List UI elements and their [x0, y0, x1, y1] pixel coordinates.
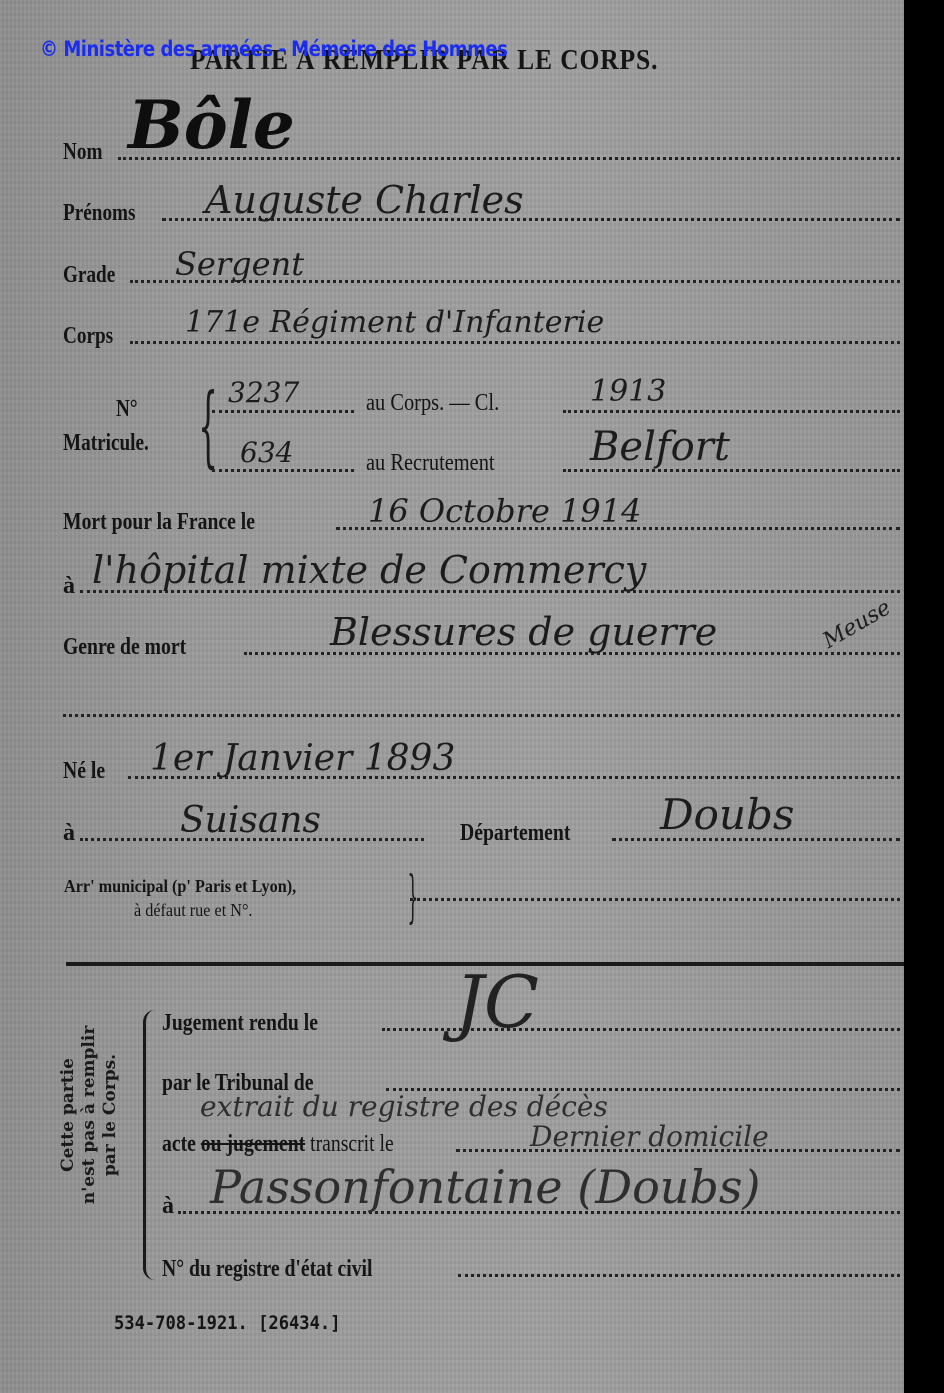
prenoms-value: Auguste Charles	[205, 178, 524, 222]
corps-value: 171e Régiment d'Infanterie	[185, 305, 604, 340]
corps-line	[130, 341, 900, 344]
matricule-corps-number: 3237	[228, 376, 299, 409]
grade-value: Sergent	[175, 245, 304, 283]
lieu-transcription-value: Passonfontaine (Doubs)	[210, 1160, 760, 1214]
matricule-label: Matricule.	[63, 430, 149, 457]
lieu-mort-label: à	[63, 573, 75, 600]
initials: JC	[455, 960, 539, 1044]
acte-label-prefix: acte	[162, 1131, 196, 1157]
matricule-recrutement-line	[212, 469, 354, 472]
mort-value: 16 Octobre 1914	[368, 492, 642, 530]
classe-value: 1913	[590, 374, 666, 409]
matricule-corps-line	[212, 410, 354, 413]
side-note: Cette partie n'est pas à remplir par le …	[58, 985, 138, 1245]
side-note-line-3: par le Corps.	[100, 985, 121, 1245]
genre-mort-value: Blessures de guerre	[330, 610, 717, 654]
print-code: 534-708-1921. [26434.]	[114, 1312, 341, 1334]
au-corps-label: au Corps. — Cl.	[366, 390, 499, 417]
matricule-brace: {	[198, 382, 218, 470]
registre-line	[458, 1274, 900, 1277]
genre-mort-label: Genre de mort	[63, 634, 186, 661]
lower-section-brace	[143, 1010, 156, 1280]
blank-line	[63, 714, 900, 717]
au-recrutement-label: au Recrutement	[366, 450, 495, 477]
matricule-label-n: N°	[116, 396, 138, 423]
jugement-label: Jugement rendu le	[162, 1010, 318, 1037]
prenoms-label: Prénoms	[63, 200, 136, 227]
grade-label: Grade	[63, 262, 115, 289]
departement-label: Département	[460, 820, 570, 847]
scan-border	[904, 0, 944, 1393]
ne-le-label: Né le	[63, 758, 105, 785]
departement-value: Doubs	[660, 790, 794, 839]
lieu-mort-value: l'hôpital mixte de Commercy	[92, 548, 646, 592]
arrondissement-label-2: à défaut rue et N°.	[134, 900, 252, 921]
registre-label: N° du registre d'état civil	[162, 1256, 372, 1283]
acte-value: Dernier domicile	[530, 1120, 769, 1153]
acte-label-suffix: transcrit le	[310, 1131, 394, 1157]
extrait-note: extrait du registre des décès	[200, 1090, 608, 1123]
matricule-recrutement-number: 634	[240, 436, 293, 469]
arrondissement-line	[410, 898, 900, 901]
mort-label: Mort pour la France le	[63, 509, 255, 536]
death-record-card: PARTIE À REMPLIR PAR LE CORPS. © Ministè…	[0, 0, 904, 1393]
copyright-watermark: © Ministère des armées - Mémoire des Hom…	[40, 37, 507, 61]
lieu-naissance-label: à	[63, 820, 75, 847]
nom-label: Nom	[63, 139, 102, 166]
nom-value: Bôle	[128, 86, 295, 164]
arrondissement-label-1: Arr' municipal (p' Paris et Lyon),	[64, 876, 296, 897]
classe-line	[563, 410, 900, 413]
ne-le-value: 1er Janvier 1893	[150, 738, 455, 779]
corps-label: Corps	[63, 323, 113, 350]
side-note-line-1: Cette partie	[58, 985, 79, 1245]
lieu-mort-annotation: Meuse	[819, 595, 896, 654]
acte-label: acte ou jugement transcrit le	[162, 1131, 394, 1158]
jugement-line	[382, 1028, 900, 1031]
acte-label-struck: ou jugement	[201, 1131, 305, 1157]
recrutement-value: Belfort	[590, 424, 730, 470]
side-note-line-2: n'est pas à remplir	[79, 985, 100, 1245]
lieu-transcription-label: à	[162, 1193, 174, 1220]
lieu-naissance-value: Suisans	[180, 800, 321, 841]
